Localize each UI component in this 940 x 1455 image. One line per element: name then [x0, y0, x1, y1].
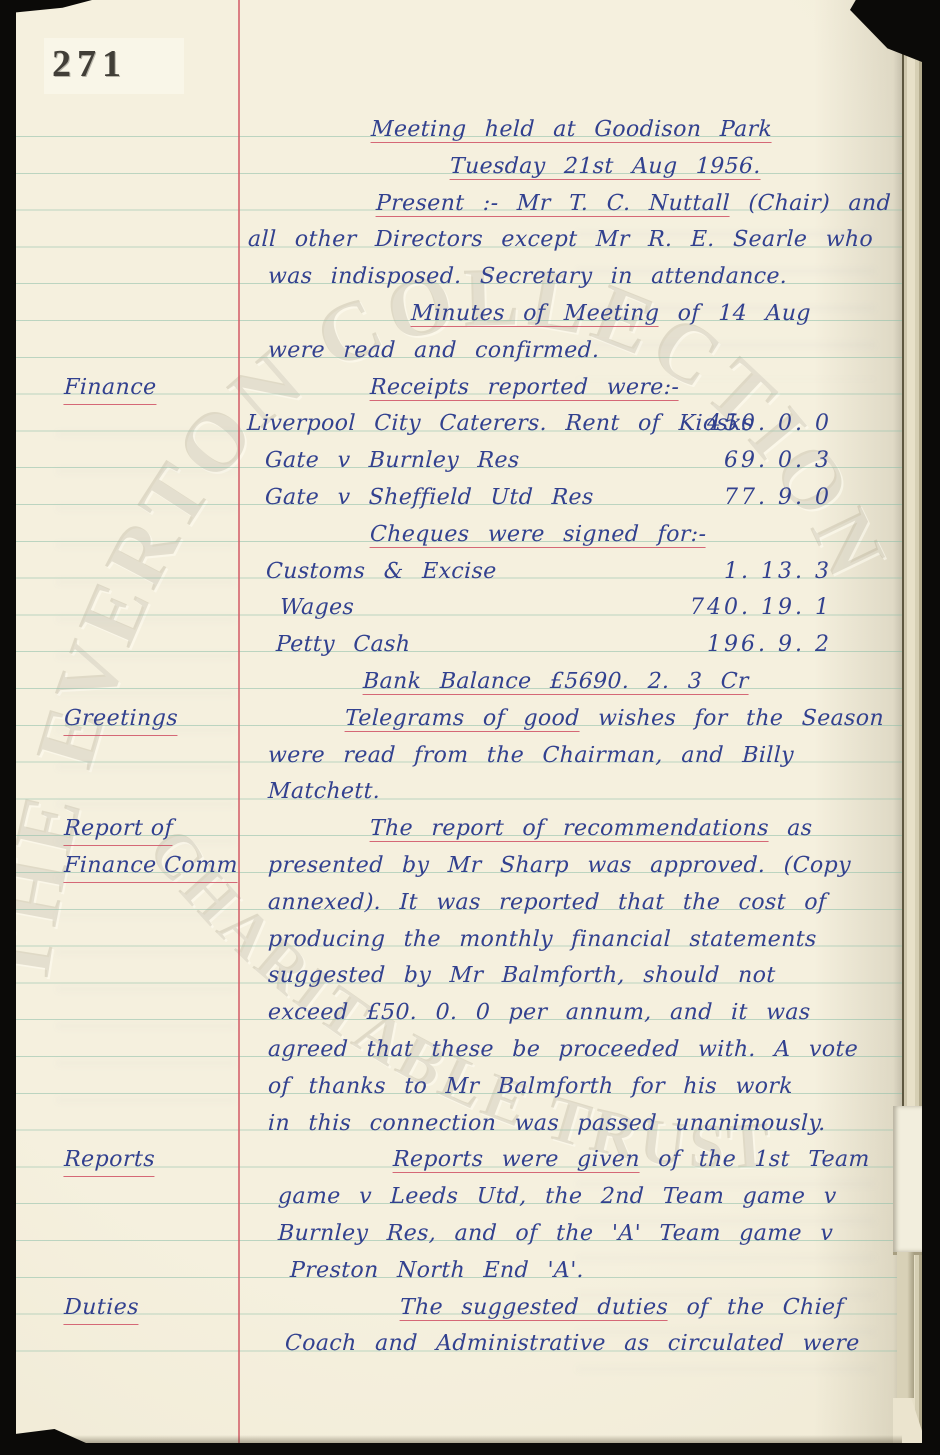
amount: 196. 9. 2 [636, 630, 832, 660]
manuscript-line: Wages740. 19. 1 [16, 593, 902, 625]
line-text: Meeting held at Goodison Park [370, 115, 772, 145]
manuscript-line: Preston North End 'A'. [16, 1256, 902, 1288]
red-underlined-phrase: Present :- Mr T. C. Nuttall [376, 191, 731, 217]
manuscript-line: Gate v Burnley Res69. 0. 3 [16, 446, 902, 478]
line-text: Receipts reported were:- [369, 373, 679, 403]
line-text: all other Directors except Mr R. E. Sear… [247, 225, 873, 255]
amount: 740. 19. 1 [636, 593, 832, 623]
manuscript-line: Matchett. [16, 777, 902, 809]
line-text: annexed). It was reported that the cost … [267, 888, 827, 918]
line-text: Present :- Mr T. C. Nuttall (Chair) and [375, 189, 891, 219]
manuscript-line: agreed that these be proceeded with. A v… [16, 1035, 902, 1067]
line-text: was indisposed. Secretary in attendance. [267, 262, 787, 292]
scan-border-right [922, 0, 940, 1455]
line-text: The suggested duties of the Chief [399, 1293, 844, 1323]
line-text: Bank Balance £5690. 2. 3 Cr [362, 667, 749, 697]
amount: 1. 13. 3 [636, 557, 832, 587]
line-text: Matchett. [267, 777, 380, 807]
amount: 77. 9. 0 [636, 483, 832, 513]
red-underlined-phrase: Receipts reported were:- [370, 375, 680, 401]
page-edge-tab [893, 1106, 922, 1255]
page-bottom-shadow [16, 1435, 902, 1443]
line-text: Petty Cash [275, 630, 410, 660]
margin-heading: Reports [63, 1145, 155, 1177]
manuscript-line: Coach and Administrative as circulated w… [16, 1329, 902, 1361]
manuscript-line: annexed). It was reported that the cost … [16, 888, 902, 920]
manuscript-line: DutiesThe suggested duties of the Chief [16, 1293, 902, 1325]
manuscript-line: suggested by Mr Balmforth, should not [16, 961, 902, 993]
line-text: Customs & Excise [265, 557, 497, 587]
line-text: in this connection was passed unanimousl… [267, 1109, 826, 1139]
amount: 69. 0. 3 [636, 446, 832, 476]
line-text: Minutes of Meeting of 14 Aug [410, 299, 811, 329]
manuscript-line: Gate v Sheffield Utd Res77. 9. 0 [16, 483, 902, 515]
line-text: Coach and Administrative as circulated w… [284, 1329, 860, 1359]
manuscript-line: Finance Commpresented by Mr Sharp was ap… [16, 851, 902, 883]
line-text: Reports were given of the 1st Team [392, 1145, 870, 1175]
manuscript-line: ReportsReports were given of the 1st Tea… [16, 1145, 902, 1177]
line-text: Telegrams of good wishes for the Season [344, 704, 884, 734]
margin-heading: Greetings [63, 704, 178, 736]
manuscript-line: were read and confirmed. [16, 336, 902, 368]
manuscript-line: Meeting held at Goodison Park [16, 115, 902, 147]
manuscript-line: of thanks to Mr Balmforth for his work [16, 1072, 902, 1104]
scanned-minute-book: THE EVERTON COLLECTION CHARITABLE TRUST … [0, 0, 940, 1455]
manuscript-line: Report ofThe report of recommendations a… [16, 814, 902, 846]
line-text: were read and confirmed. [267, 336, 600, 366]
red-underlined-phrase: Cheques were signed for:- [370, 522, 707, 548]
line-text: suggested by Mr Balmforth, should not [267, 961, 776, 991]
line-text: Wages [279, 593, 354, 623]
manuscript-line: Present :- Mr T. C. Nuttall (Chair) and [16, 189, 902, 221]
manuscript-line: Tuesday 21st Aug 1956. [16, 152, 902, 184]
manuscript-line: was indisposed. Secretary in attendance. [16, 262, 902, 294]
manuscript-line: game v Leeds Utd, the 2nd Team game v [16, 1182, 902, 1214]
amount: 450. 0. 0 [636, 409, 832, 439]
margin-heading: Finance Comm [63, 851, 238, 883]
page-number-stamp: 271 [52, 42, 127, 86]
manuscript-line: were read from the Chairman, and Billy [16, 741, 902, 773]
red-underlined-phrase: The report of recommendations [370, 816, 770, 842]
line-text: of thanks to Mr Balmforth for his work [267, 1072, 793, 1102]
manuscript-line: Cheques were signed for:- [16, 520, 902, 552]
manuscript-line: FinanceReceipts reported were:- [16, 373, 902, 405]
red-underlined-phrase: Bank Balance £5690. 2. 3 Cr [363, 669, 750, 695]
red-underlined-phrase: Minutes of Meeting [411, 301, 660, 327]
red-underlined-phrase: Telegrams of good [345, 706, 581, 732]
red-underlined-phrase: Reports were given [393, 1147, 641, 1173]
line-text: Gate v Sheffield Utd Res [264, 483, 594, 513]
margin-heading: Report of [63, 814, 173, 846]
line-text: game v Leeds Utd, the 2nd Team game v [277, 1182, 837, 1212]
line-text: Gate v Burnley Res [264, 446, 520, 476]
margin-heading: Duties [63, 1293, 139, 1325]
red-underlined-phrase: Tuesday 21st Aug 1956. [450, 154, 762, 180]
manuscript-line: GreetingsTelegrams of good wishes for th… [16, 704, 902, 736]
line-text: Burnley Res, and of the 'A' Team game v [277, 1219, 833, 1249]
line-text: Preston North End 'A'. [289, 1256, 584, 1286]
page-edge-lower [897, 1252, 914, 1398]
line-text: were read from the Chairman, and Billy [267, 741, 794, 771]
line-text: Tuesday 21st Aug 1956. [449, 152, 761, 182]
manuscript-line: Petty Cash196. 9. 2 [16, 630, 902, 662]
line-text: The report of recommendations as [369, 814, 813, 844]
minute-book-page: THE EVERTON COLLECTION CHARITABLE TRUST … [16, 0, 902, 1443]
manuscript-line: Liverpool City Caterers. Rent of Kiosks4… [16, 409, 902, 441]
line-text: Cheques were signed for:- [369, 520, 706, 550]
line-text: presented by Mr Sharp was approved. (Cop… [267, 851, 851, 881]
red-underlined-phrase: The suggested duties [400, 1295, 669, 1321]
manuscript-line: Customs & Excise1. 13. 3 [16, 557, 902, 589]
line-text: agreed that these be proceeded with. A v… [267, 1035, 858, 1065]
manuscript-line: Bank Balance £5690. 2. 3 Cr [16, 667, 902, 699]
manuscript-line: producing the monthly financial statemen… [16, 925, 902, 957]
margin-heading: Finance [63, 373, 157, 405]
manuscript-line: in this connection was passed unanimousl… [16, 1109, 902, 1141]
line-text: exceed £50. 0. 0 per annum, and it was [267, 998, 811, 1028]
line-text: producing the monthly financial statemen… [267, 925, 817, 955]
manuscript-line: all other Directors except Mr R. E. Sear… [16, 225, 902, 257]
scan-border-bottom [0, 1443, 940, 1455]
manuscript-line: Minutes of Meeting of 14 Aug [16, 299, 902, 331]
red-underlined-phrase: Meeting held at Goodison Park [371, 117, 773, 143]
manuscript-line: exceed £50. 0. 0 per annum, and it was [16, 998, 902, 1030]
scan-border-left [0, 0, 16, 1455]
manuscript-line: Burnley Res, and of the 'A' Team game v [16, 1219, 902, 1251]
